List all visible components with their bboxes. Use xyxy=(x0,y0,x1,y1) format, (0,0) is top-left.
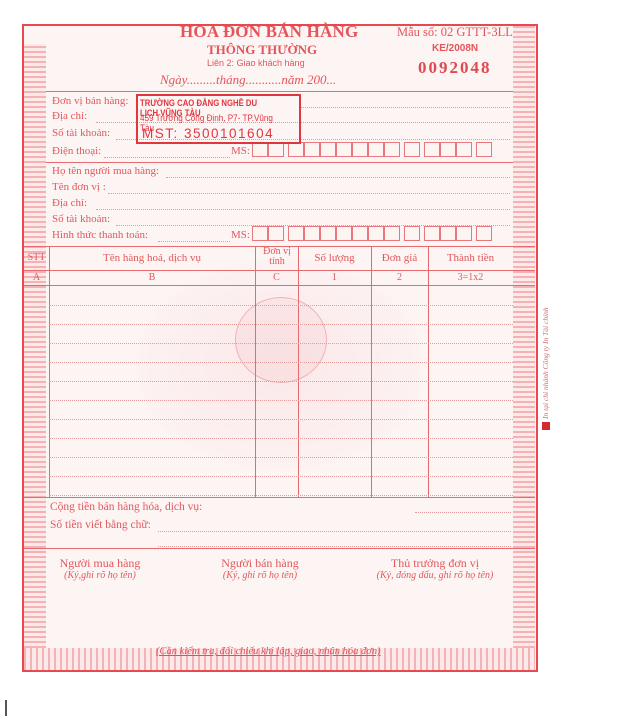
tax-code-digit-box[interactable] xyxy=(440,142,456,157)
subtotal-label: Cộng tiền bán hàng hóa, dịch vụ: xyxy=(50,501,202,513)
col-divider xyxy=(298,246,299,497)
tax-code-digit-box[interactable] xyxy=(368,226,384,241)
tax-code-digit-box[interactable] xyxy=(268,226,284,241)
printer-logo-icon xyxy=(542,422,550,430)
table-row[interactable] xyxy=(49,362,513,363)
col-divider xyxy=(49,246,50,497)
header-unit: Đơn vị tính xyxy=(258,247,296,267)
tax-code-digit-box[interactable] xyxy=(288,226,304,241)
header-item-name: Tên hàng hoá, dịch vụ xyxy=(49,252,255,264)
director-signature-title: Thủ trưởng đơn vị xyxy=(360,556,510,571)
table-row[interactable] xyxy=(49,457,513,458)
copy-label: Liên 2: Giao khách hàng xyxy=(207,58,305,68)
buyer-signature-note: (Ký,ghi rõ họ tên) xyxy=(40,570,160,581)
tax-code-digit-box[interactable] xyxy=(384,226,400,241)
buyer-name-field[interactable] xyxy=(166,177,510,178)
tax-code-digit-box[interactable] xyxy=(384,142,400,157)
divider xyxy=(46,162,513,163)
invoice-subtitle: THÔNG THƯỜNG xyxy=(207,42,317,58)
buyer-payment-label: Hình thức thanh toán: xyxy=(52,229,148,241)
director-signature-note: (Ký, đóng dấu, ghi rõ họ tên) xyxy=(360,570,510,581)
seller-signature-title: Người bán hàng xyxy=(200,556,320,571)
code-2: 2 xyxy=(371,272,428,283)
tax-code-digit-box[interactable] xyxy=(320,142,336,157)
buyer-address-field[interactable] xyxy=(96,209,510,210)
in-words-label: Số tiền viết bằng chữ: xyxy=(50,519,151,531)
table-code-divider xyxy=(24,285,535,286)
buyer-name-label: Họ tên người mua hàng: xyxy=(52,165,159,177)
tax-code-digit-box[interactable] xyxy=(352,142,368,157)
tax-code-digit-box[interactable] xyxy=(252,142,268,157)
table-row[interactable] xyxy=(49,305,513,306)
tax-code-digit-box[interactable] xyxy=(352,226,368,241)
printer-credit: In tại chi nhánh Công ty In Tài chính xyxy=(541,240,550,430)
col-divider xyxy=(428,246,429,497)
in-words-field-line2[interactable] xyxy=(158,546,511,547)
header-unit-price: Đơn giá xyxy=(371,252,428,264)
divider xyxy=(24,548,535,549)
table-row[interactable] xyxy=(49,438,513,439)
table-row[interactable] xyxy=(49,495,513,496)
tax-code-digit-box[interactable] xyxy=(404,226,420,241)
buyer-address-label: Địa chỉ: xyxy=(52,197,87,209)
tax-code-digit-box[interactable] xyxy=(336,142,352,157)
seller-stamp: TRƯỜNG CAO ĐẲNG NGHỀ DU LỊCH VŨNG TÀU 45… xyxy=(136,94,301,144)
col-divider xyxy=(255,246,256,497)
seller-phone-label: Điện thoại: xyxy=(52,145,101,157)
table-row[interactable] xyxy=(49,419,513,420)
seller-unit-field[interactable] xyxy=(300,107,510,108)
table-row[interactable] xyxy=(49,343,513,344)
invoice-number: 0092048 xyxy=(418,58,492,78)
header-stt: STT xyxy=(24,252,49,263)
tax-code-digit-box[interactable] xyxy=(404,142,420,157)
in-words-field[interactable] xyxy=(158,531,511,532)
tax-code-digit-box[interactable] xyxy=(456,226,472,241)
tax-code-digit-box[interactable] xyxy=(268,142,284,157)
buyer-tax-label: MS: xyxy=(231,229,250,241)
tax-code-digit-box[interactable] xyxy=(320,226,336,241)
code-1: 1 xyxy=(298,272,371,283)
seller-address-label: Địa chỉ: xyxy=(52,110,87,122)
seller-account-label: Số tài khoản: xyxy=(52,127,110,139)
date-line: Ngày.........tháng...........năm 200... xyxy=(160,72,336,88)
form-number: Mẫu số: 02 GTTT-3LL xyxy=(397,25,513,40)
scan-edge-mark xyxy=(5,700,7,716)
buyer-unit-label: Tên đơn vị : xyxy=(52,181,106,193)
tax-code-digit-box[interactable] xyxy=(424,226,440,241)
code-3: 3=1x2 xyxy=(428,272,513,283)
seller-phone-field[interactable] xyxy=(104,157,230,158)
table-header-divider xyxy=(24,270,535,271)
stamp-tax-code: MST: 3500101604 xyxy=(142,126,274,141)
invoice-title: HOA ĐƠN BÁN HÀNG xyxy=(180,22,358,42)
table-row[interactable] xyxy=(49,381,513,382)
seller-tax-label: MS: xyxy=(231,145,250,157)
code-a: A xyxy=(24,272,49,283)
buyer-signature-title: Người mua hàng xyxy=(40,556,160,571)
tax-code-digit-box[interactable] xyxy=(476,226,492,241)
code-b: B xyxy=(49,272,255,283)
serial-code: KE/2008N xyxy=(432,43,478,54)
footer-note: (Cần kiểm tra, đối chiếu khi lập, giao, … xyxy=(156,646,381,657)
buyer-payment-field[interactable] xyxy=(158,241,230,242)
header-amount: Thành tiền xyxy=(428,252,513,264)
seller-signature-note: (Ký, ghi rõ họ tên) xyxy=(200,570,320,581)
tax-code-digit-box[interactable] xyxy=(336,226,352,241)
header-quantity: Số lượng xyxy=(298,252,371,264)
col-divider xyxy=(371,246,372,497)
tax-code-digit-box[interactable] xyxy=(304,142,320,157)
tax-code-digit-box[interactable] xyxy=(440,226,456,241)
table-row[interactable] xyxy=(49,476,513,477)
tax-code-digit-box[interactable] xyxy=(476,142,492,157)
tax-code-digit-box[interactable] xyxy=(424,142,440,157)
printer-credit-text: In tại chi nhánh Công ty In Tài chính xyxy=(541,307,550,419)
table-bottom-border xyxy=(24,497,535,498)
tax-code-digit-box[interactable] xyxy=(456,142,472,157)
tax-code-digit-box[interactable] xyxy=(368,142,384,157)
buyer-unit-field[interactable] xyxy=(108,193,510,194)
table-row[interactable] xyxy=(49,324,513,325)
tax-code-digit-box[interactable] xyxy=(288,142,304,157)
code-c: C xyxy=(255,272,298,283)
tax-code-digit-box[interactable] xyxy=(304,226,320,241)
subtotal-field[interactable] xyxy=(415,512,511,513)
seller-unit-label: Đơn vị bán hàng: xyxy=(52,95,128,107)
divider xyxy=(46,91,513,92)
tax-code-digit-box[interactable] xyxy=(252,226,268,241)
buyer-account-label: Số tài khoản: xyxy=(52,213,110,225)
table-row[interactable] xyxy=(49,400,513,401)
